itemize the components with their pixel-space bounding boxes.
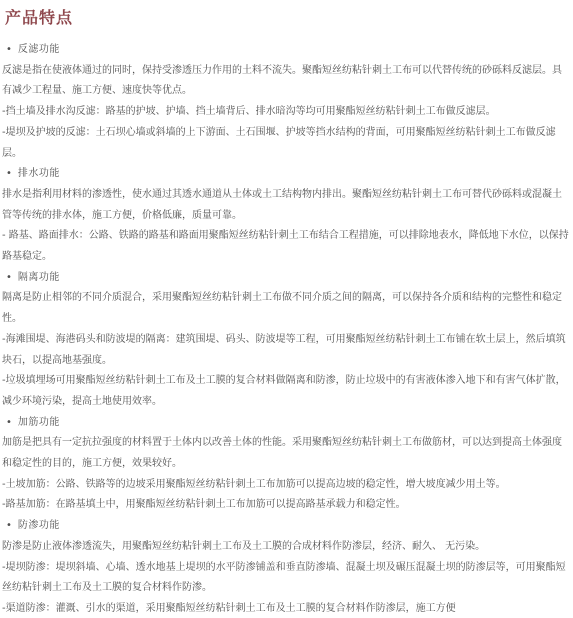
bullet-icon: • (6, 413, 12, 434)
feature-title: 隔离功能 (18, 272, 60, 283)
feature-paragraph: - 路基、路面排水：公路、铁路的路基和路面用聚酯短丝纺粘针刺土工布结合工程措施，… (2, 226, 571, 267)
feature-heading: •防渗功能 (2, 516, 571, 537)
feature-paragraph: -海滩围堤、海港码头和防波堤的隔离：建筑围堤、码头、防波堤等工程，可用聚酯短丝纺… (2, 330, 571, 371)
feature-paragraph: -渠道防渗：灌溉、引水的渠道，采用聚酯短丝纺粘针刺土工布及土工膜的复合材料作防渗… (2, 599, 571, 618)
bullet-icon: • (6, 268, 12, 289)
feature-heading: •加筋功能 (2, 413, 571, 434)
product-features-page: 产品特点 •反滤功能 反滤是指在使液体通过的同时，保持受渗透压力作用的土料不流失… (0, 0, 573, 618)
feature-paragraph: 反滤是指在使液体通过的同时，保持受渗透压力作用的土料不流失。聚酯短丝纺粘针刺土工… (2, 61, 571, 102)
section-reinforcement: •加筋功能 加筋是把具有一定抗拉强度的材料置于土体内以改善土体的性能。采用聚酯短… (2, 413, 571, 517)
feature-title: 防渗功能 (18, 520, 60, 531)
feature-paragraph: -堤坝及护坡的反滤：土石坝心墙或斜墙的上下游面、土石围堰、护坡等挡水结构的背面，… (2, 123, 571, 164)
bullet-icon: • (6, 516, 12, 537)
feature-title: 反滤功能 (18, 44, 60, 55)
feature-paragraph: 加筋是把具有一定抗拉强度的材料置于土体内以改善土体的性能。采用聚酯短丝纺粘针刺土… (2, 433, 571, 474)
section-filtration: •反滤功能 反滤是指在使液体通过的同时，保持受渗透压力作用的土料不流失。聚酯短丝… (2, 40, 571, 164)
features-content: •反滤功能 反滤是指在使液体通过的同时，保持受渗透压力作用的土料不流失。聚酯短丝… (2, 40, 571, 618)
feature-title: 加筋功能 (18, 417, 60, 428)
page-title: 产品特点 (5, 8, 571, 27)
section-drainage: •排水功能 排水是指利用材料的渗透性，使水通过其透水通道从土体或土工结构物内排出… (2, 164, 571, 268)
feature-paragraph: 隔离是防止相邻的不同介质混合，采用聚酯短丝纺粘针刺土工布做不同介质之间的隔离，可… (2, 288, 571, 329)
bullet-icon: • (6, 164, 12, 185)
feature-heading: •排水功能 (2, 164, 571, 185)
feature-paragraph: -土坡加筋：公路、铁路等的边坡采用聚酯短丝纺粘针刺土工布加筋可以提高边坡的稳定性… (2, 475, 571, 496)
feature-title: 排水功能 (18, 168, 60, 179)
bullet-icon: • (6, 40, 12, 61)
feature-heading: •反滤功能 (2, 40, 571, 61)
feature-paragraph: 防渗是防止液体渗透流失，用聚酯短丝纺粘针刺土工布及土工膜的合成材料作防渗层，经济… (2, 537, 571, 558)
feature-heading: •隔离功能 (2, 268, 571, 289)
section-isolation: •隔离功能 隔离是防止相邻的不同介质混合，采用聚酯短丝纺粘针刺土工布做不同介质之… (2, 268, 571, 413)
feature-paragraph: 排水是指利用材料的渗透性，使水通过其透水通道从土体或土工结构物内排出。聚酯短丝纺… (2, 185, 571, 226)
feature-paragraph: -挡土墙及排水沟反滤：路基的护坡、护墙、挡土墙背后、排水暗沟等均可用聚酯短丝纺粘… (2, 102, 571, 123)
feature-paragraph: -路基加筋：在路基填土中，用聚酯短丝纺粘针刺土工布加筋可以提高路基承载力和稳定性… (2, 495, 571, 516)
feature-paragraph: -堤坝防渗：堤坝斜墙、心墙、透水地基上堤坝的水平防渗铺盖和垂直防渗墙、混凝土坝及… (2, 558, 571, 599)
feature-paragraph: -垃圾填埋场可用聚酯短丝纺粘针刺土工布及土工膜的复合材料做隔离和防渗，防止垃圾中… (2, 371, 571, 412)
section-seepage-control: •防渗功能 防渗是防止液体渗透流失，用聚酯短丝纺粘针刺土工布及土工膜的合成材料作… (2, 516, 571, 618)
